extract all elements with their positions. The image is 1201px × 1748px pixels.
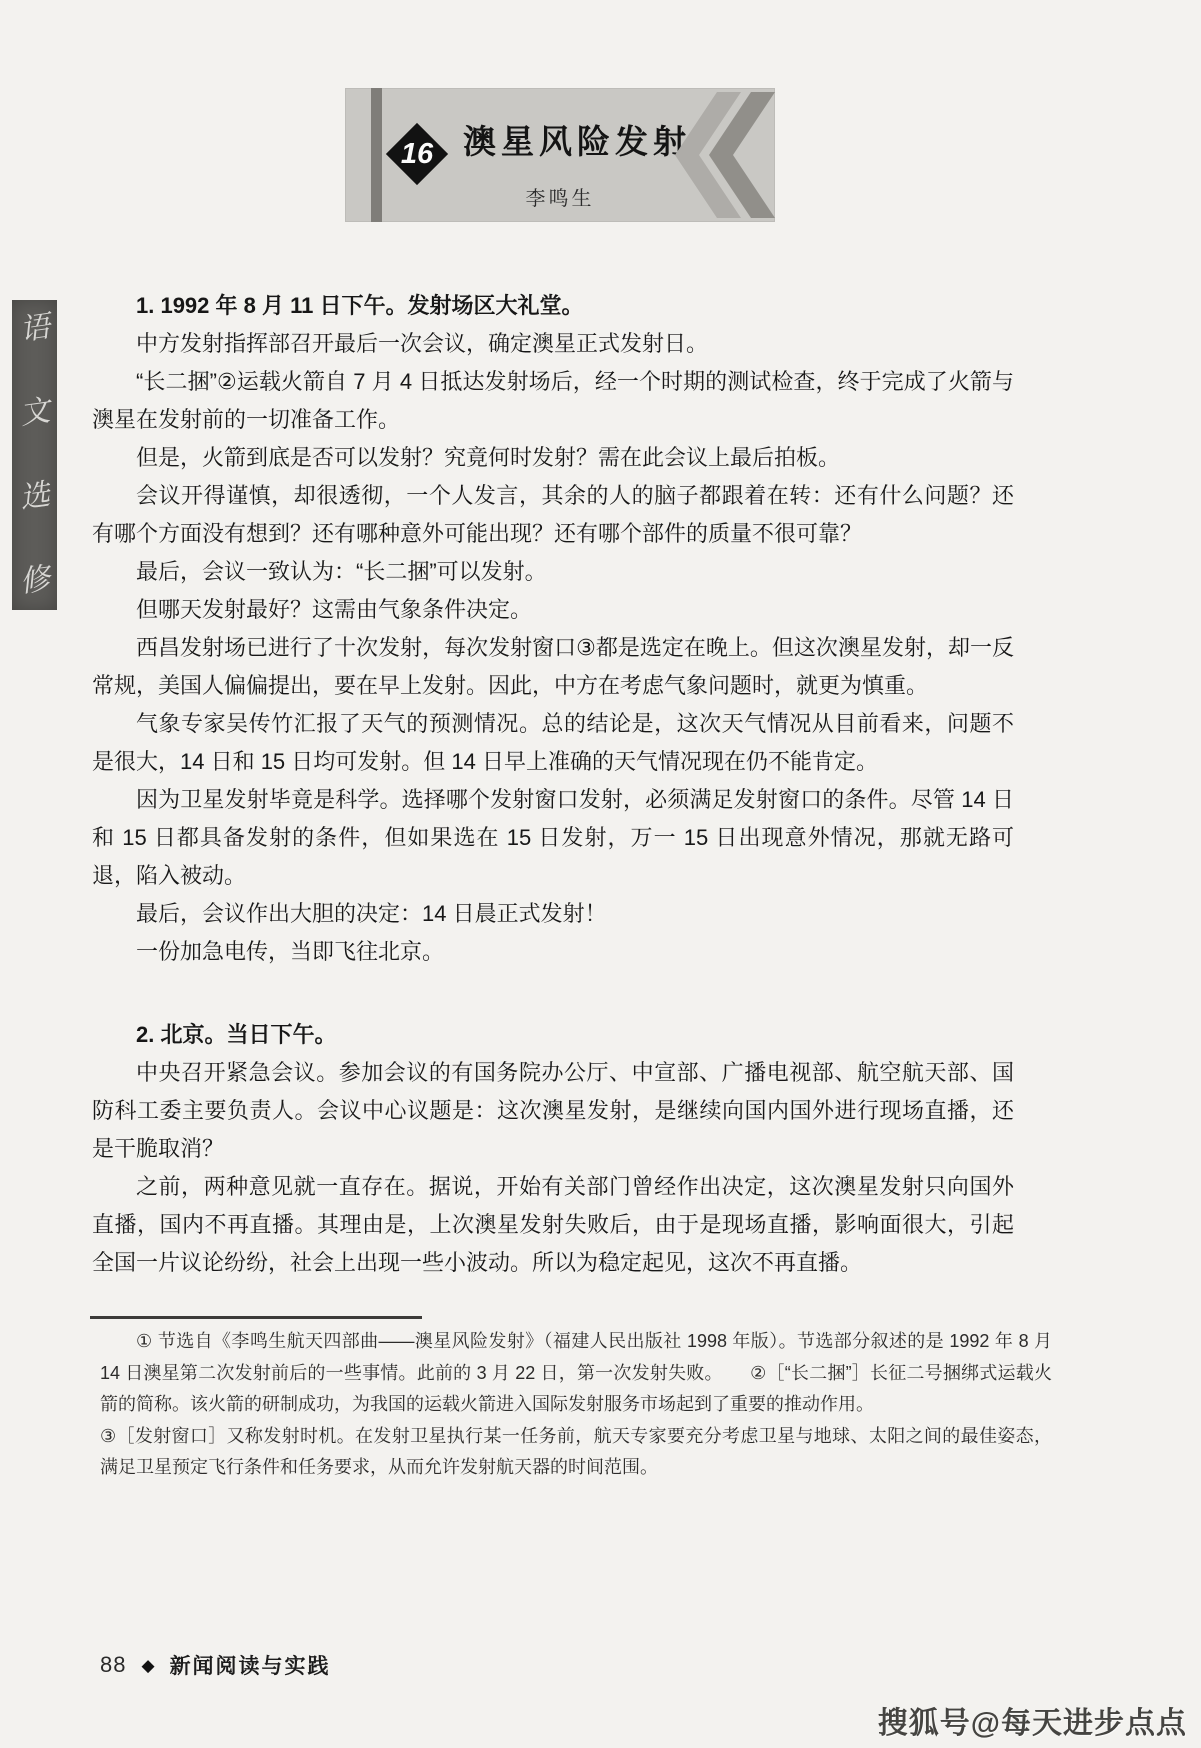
footnote-entry: ③［发射窗口］又称发射时机。在发射卫星执行某一任务前，航天专家要充分考虑卫星与地… [100, 1421, 1052, 1484]
paragraph: 最后，会议作出大胆的决定：14 日晨正式发射！ [92, 895, 1014, 933]
lesson-banner: 16 澳星风险发射① 李鸣生 [345, 88, 775, 222]
diamond-icon: ◆ [141, 1657, 154, 1674]
paragraph: 因为卫星发射毕竟是科学。选择哪个发射窗口发射，必须满足发射窗口的条件。尽管 14… [92, 781, 1014, 895]
section-heading: 1. 1992 年 8 月 11 日下午。发射场区大礼堂。 [92, 287, 1014, 325]
paragraph: 中方发射指挥部召开最后一次会议，确定澳星正式发射日。 [92, 325, 1014, 363]
footnote-entry: ① 节选自《李鸣生航天四部曲——澳星风险发射》（福建人民出版社 1998 年版）… [100, 1326, 1052, 1421]
page-number: 88 [100, 1652, 126, 1678]
book-series-title: 新闻阅读与实践 [170, 1650, 331, 1680]
paragraph: 气象专家吴传竹汇报了天气的预测情况。总的结论是，这次天气情况从目前看来，问题不是… [92, 705, 1014, 781]
lesson-number-badge: 16 [391, 128, 443, 180]
book-spine-label: 语 文 选 修 [12, 300, 57, 610]
paragraph: 一份加急电传，当即飞往北京。 [92, 933, 1014, 971]
chevron-decoration-icon [655, 88, 775, 222]
paragraph: 之前，两种意见就一直存在。据说，开始有关部门曾经作出决定，这次澳星发射只向国外直… [92, 1168, 1014, 1282]
footnote-divider [90, 1316, 422, 1319]
paragraph: 西昌发射场已进行了十次发射，每次发射窗口③都是选定在晚上。但这次澳星发射，却一反… [92, 629, 1014, 705]
spine-char: 修 [18, 564, 52, 598]
page-footer: 88 ◆ 新闻阅读与实践 [100, 1650, 331, 1680]
paragraph: 但是，火箭到底是否可以发射？究竟何时发射？需在此会议上最后拍板。 [92, 439, 1014, 477]
paragraph: “长二捆”②运载火箭自 7 月 4 日抵达发射场后，经一个时期的测试检查，终于完… [92, 363, 1014, 439]
article-body: 1. 1992 年 8 月 11 日下午。发射场区大礼堂。 中方发射指挥部召开最… [92, 287, 1014, 1282]
paragraph: 会议开得谨慎，却很透彻，一个人发言，其余的人的脑子都跟着在转：还有什么问题？还有… [92, 477, 1014, 553]
watermark: 搜狐号@每天进步点点 [878, 1698, 1187, 1742]
paragraph: 中央召开紧急会议。参加会议的有国务院办公厅、中宣部、广播电视部、航空航天部、国防… [92, 1054, 1014, 1168]
spine-char: 文 [18, 396, 52, 430]
paragraph: 但哪天发射最好？这需由气象条件决定。 [92, 591, 1014, 629]
paragraph: 最后，会议一致认为：“长二捆”可以发射。 [92, 553, 1014, 591]
section-heading: 2. 北京。当日下午。 [92, 1016, 1014, 1054]
spine-char: 选 [18, 480, 52, 514]
lesson-number: 16 [391, 128, 443, 180]
textbook-page: 语 文 选 修 16 澳星风险发射① 李鸣生 1. 1992 年 8 月 11 … [0, 0, 1201, 1748]
footnotes: ① 节选自《李鸣生航天四部曲——澳星风险发射》（福建人民出版社 1998 年版）… [100, 1326, 1052, 1484]
spine-char: 语 [18, 312, 52, 346]
